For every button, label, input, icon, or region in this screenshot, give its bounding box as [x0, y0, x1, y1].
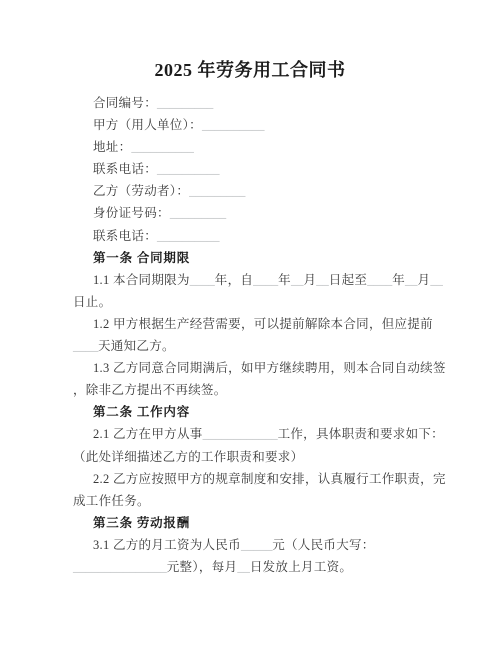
article-3-heading: 第三条 劳动报酬 — [73, 512, 490, 534]
clause-3-1-line-1: 3.1 乙方的月工资为人民币_____元（人民币大写： — [73, 534, 490, 556]
document-title: 2025 年劳务用工合同书 — [0, 0, 500, 83]
clause-2-1-note-line: （此处详细描述乙方的工作职责和要求） — [73, 446, 490, 468]
document-body: 合同编号：_________ 甲方（用人单位）：__________ 地址：__… — [0, 92, 500, 578]
party-a-employer-line: 甲方（用人单位）：__________ — [73, 114, 490, 136]
article-1-heading: 第一条 合同期限 — [73, 247, 490, 269]
clause-1-2-line-2: ____天通知乙方。 — [73, 335, 490, 357]
article-2-heading: 第二条 工作内容 — [73, 401, 490, 423]
party-b-worker-line: 乙方（劳动者）：_________ — [73, 180, 490, 202]
party-b-phone-line: 联系电话：__________ — [73, 225, 490, 247]
clause-1-2-line-1: 1.2 甲方根据生产经营需要，可以提前解除本合同，但应提前 — [73, 313, 490, 335]
clause-1-3-line-1: 1.3 乙方同意合同期满后，如甲方继续聘用，则本合同自动续签 — [73, 357, 490, 379]
party-a-address-line: 地址：__________ — [73, 136, 490, 158]
clause-1-1-line-2: 日止。 — [73, 291, 490, 313]
party-a-phone-line: 联系电话：__________ — [73, 158, 490, 180]
clause-1-3-line-2: ，除非乙方提出不再续签。 — [73, 379, 490, 401]
clause-3-1-line-2: _______________元整），每月__日发放上月工资。 — [73, 556, 490, 578]
clause-2-1-line: 2.1 乙方在甲方从事____________工作，具体职责和要求如下： — [73, 423, 490, 445]
contract-number-line: 合同编号：_________ — [73, 92, 490, 114]
clause-1-1-line-1: 1.1 本合同期限为____年，自____年__月__日起至____年__月__ — [73, 269, 490, 291]
contract-document-page: 2025 年劳务用工合同书 合同编号：_________ 甲方（用人单位）：__… — [0, 0, 500, 647]
party-b-id-number-line: 身份证号码：_________ — [73, 202, 490, 224]
clause-2-2-line-2: 成工作任务。 — [73, 490, 490, 512]
clause-2-2-line-1: 2.2 乙方应按照甲方的规章制度和安排，认真履行工作职责，完 — [73, 468, 490, 490]
